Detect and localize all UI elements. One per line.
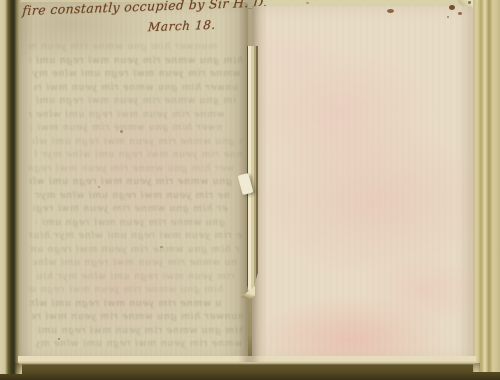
ghost-text-row: munwer him gnu wmne rim yeun mwi regn um…: [32, 310, 243, 324]
ink-stain: [98, 186, 100, 188]
ink-stain: [160, 246, 163, 248]
ghost-text-row: munwer him gnu wmne rim yeun mwi regn um…: [28, 40, 217, 54]
ghost-text-row: him gnu wmne rim yeun mwi regn umi wlne …: [28, 283, 224, 297]
gutter-folded-strip: [247, 46, 258, 298]
ghost-text-row: wmne rim yeun mwi regn umi wlne myr hiun…: [32, 67, 241, 81]
ink-stain: [306, 2, 309, 4]
ink-stain: [120, 130, 123, 133]
ghost-text-row: wer him gnu wmne rim yeun mwi regn umi w…: [28, 162, 234, 176]
ghost-text-row: im gnu wmne rim yeun mwi regn umi wlne m…: [36, 94, 236, 108]
right-page: [252, 6, 473, 361]
ghost-text-row: e rim yeun mwi regn umi wlne myr hiun ge…: [29, 229, 242, 243]
ghost-text-row: er him gnu wmne rim yeun mwi regn umi wl…: [34, 202, 228, 216]
ink-stain: [458, 12, 462, 15]
ink-stain: [387, 9, 394, 13]
ghost-text-row: r him gnu wmne rim yeun mwi regn umi wln…: [31, 243, 240, 257]
ink-stain: [449, 5, 455, 10]
ghost-text-row: m gnu wmne rim yeun mwi regn umi wlne my…: [33, 135, 243, 149]
book-scan: munwer him gnu wmne rim yeun mwi regn um…: [0, 0, 500, 380]
page-edges-left: [0, 0, 22, 374]
ghost-text-row: rim yeun mwi regn umi wlne myr hiun gem …: [35, 270, 235, 284]
ghost-text-row: nu wmne rim yeun mwi regn umi wlne myr h…: [33, 256, 237, 270]
left-page: munwer him gnu wmne rim yeun mwi regn um…: [20, 2, 248, 360]
ghost-text-row: wmne rim yeun mwi regn umi wlne myr hiun…: [29, 108, 225, 122]
ink-stain: [58, 338, 60, 340]
ghost-text-row: him gnu wmne rim yeun mwi regn umi wlne …: [34, 324, 243, 338]
handwritten-annotation: fire constantly occupied by Sir H. D.: [22, 0, 268, 18]
ghost-text-row: u wmne rim yeun mwi regn umi wlne myr hi…: [30, 297, 221, 311]
ghost-handwriting: munwer him gnu wmne rim yeun mwi regn um…: [28, 40, 243, 355]
ghost-text-row: gnu wmne rim yeun mwi regn umi wlne myr …: [30, 175, 232, 189]
ghost-text-row: wmne rim yeun mwi regn umi wlne myr hiun…: [36, 337, 242, 351]
date-annotation: March 18.: [148, 18, 217, 34]
ghost-text-row: nwer him gnu wmne rim yeun mwi regn umi …: [31, 121, 222, 135]
ghost-text-row: unwer him gnu wmne rim yeun mwi regn umi…: [34, 81, 238, 95]
ink-stain: [468, 1, 471, 4]
ghost-text-row: him gnu wmne rim yeun mwi regn umi wlne …: [30, 54, 243, 68]
page-edges-right: [473, 0, 500, 372]
ink-stain: [447, 16, 449, 18]
ghost-text-row: mne rim yeun mwi regn umi wlne myr hiun …: [35, 148, 243, 162]
ghost-text-row: gnu wmne rim yeun mwi regn umi wlne myr …: [36, 216, 225, 230]
ghost-text-row: ne rim yeun mwi regn umi wlne myr hiun g…: [32, 189, 230, 203]
